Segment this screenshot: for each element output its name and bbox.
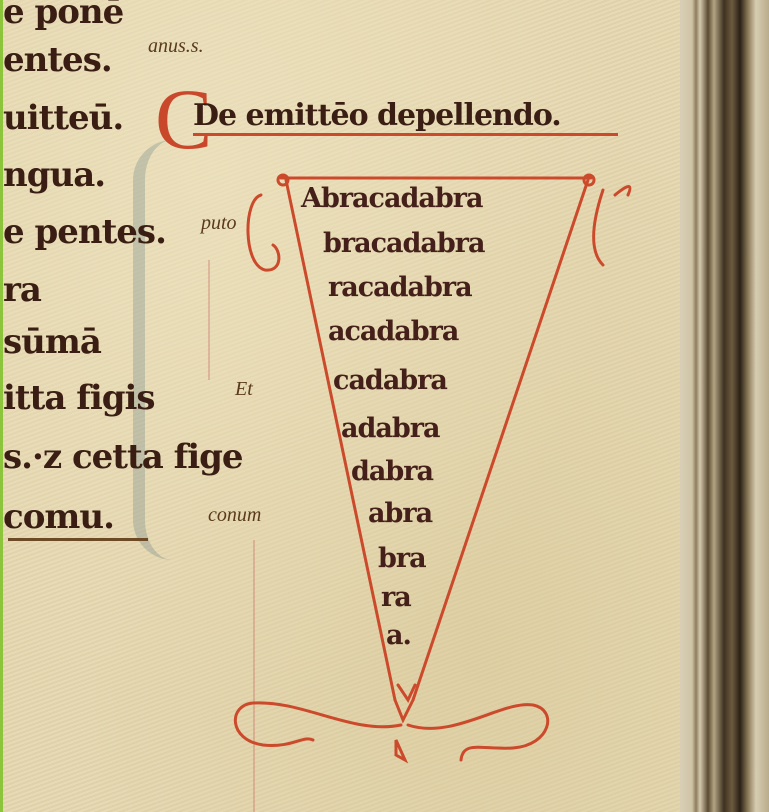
abracadabra-line: acadabra	[328, 316, 458, 347]
abracadabra-line: bracadabra	[323, 228, 485, 259]
abracadabra-line: adabra	[341, 413, 439, 444]
page-edges-binding	[680, 0, 769, 812]
abracadabra-line: ra	[381, 582, 411, 613]
abracadabra-line: dabra	[351, 456, 433, 487]
abracadabra-line: cadabra	[333, 365, 447, 396]
abracadabra-line: bra	[378, 543, 426, 574]
abracadabra-line: abra	[368, 498, 432, 529]
manuscript-page: e ponē entes. uitteū. ngua. e pentes. ra…	[0, 0, 693, 812]
abracadabra-line: a.	[386, 620, 411, 651]
abracadabra-line: Abracadabra	[301, 183, 482, 214]
triangle-frame-icon	[3, 0, 693, 812]
abracadabra-line: racadabra	[328, 272, 472, 303]
